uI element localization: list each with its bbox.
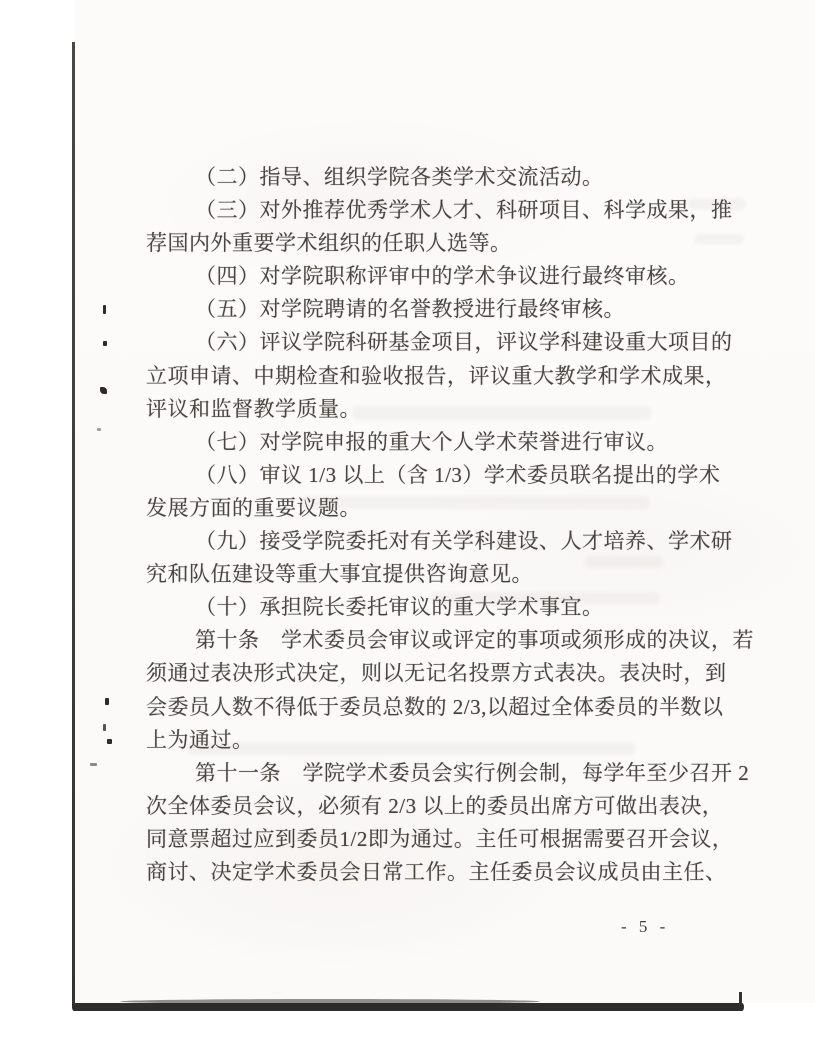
ink-speck — [90, 763, 97, 766]
text-line: 第十一条 学院学术委员会实行例会制，每学年至少召开 2 — [146, 757, 686, 790]
text-line: 荐国内外重要学术组织的任职人选等。 — [146, 227, 686, 260]
text-line: （四）对学院职称评审中的学术争议进行最终审核。 — [146, 260, 686, 293]
scan-edge-corner-hook — [739, 992, 742, 1005]
ink-speck — [103, 724, 106, 731]
text-line: 第十条 学术委员会审议或评定的事项或须形成的决议，若 — [146, 624, 686, 657]
bleed-smudge — [694, 234, 744, 244]
text-line: 会委员人数不得低于委员总数的 2/3,以超过全体委员的半数以 — [146, 691, 686, 724]
text-line: 同意票超过应到委员1/2即为通过。主任可根据需要召开会议， — [146, 823, 686, 856]
text-line: 次全体委员会议，必须有 2/3 以上的委员出席方可做出表决， — [146, 790, 686, 823]
ink-speck — [107, 739, 112, 744]
text-line: （三）对外推荐优秀学术人才、科研项目、科学成果，推 — [146, 194, 686, 227]
bleed-smudge — [300, 496, 650, 509]
ink-speck — [105, 698, 109, 705]
text-line: 商讨、决定学术委员会日常工作。主任委员会议成员由主任、 — [146, 856, 686, 889]
text-line: （七）对学院申报的重大个人学术荣誉进行审议。 — [146, 426, 686, 459]
bleed-smudge — [688, 198, 746, 210]
scan-edge-left — [72, 42, 75, 1008]
ink-speck — [100, 387, 107, 394]
page-number: - 5 - — [621, 917, 701, 937]
scanned-document-page: （二）指导、组织学院各类学术交流活动。（三）对外推荐优秀学术人才、科研项目、科学… — [0, 0, 815, 1055]
scan-edge-bottom — [72, 1003, 744, 1011]
ink-speck — [103, 341, 107, 346]
text-line: （五）对学院聘请的名誉教授进行最终审核。 — [146, 293, 686, 326]
text-line: （二）指导、组织学院各类学术交流活动。 — [146, 161, 686, 194]
text-line: （九）接受学院委托对有关学科建设、人才培养、学术研 — [146, 525, 686, 558]
document-body: （二）指导、组织学院各类学术交流活动。（三）对外推荐优秀学术人才、科研项目、科学… — [146, 161, 686, 889]
bleed-smudge — [186, 742, 636, 755]
ink-speck — [103, 305, 106, 314]
text-line: 须通过表决形式决定，则以无记名投票方式表决。表决时，到 — [146, 657, 686, 690]
text-line: 立项申请、中期检查和验收报告，评议重大教学和学术成果， — [146, 360, 686, 393]
bleed-smudge — [584, 556, 664, 568]
bleed-smudge — [352, 406, 652, 420]
text-line: （八）审议 1/3 以上（含 1/3）学术委员联名提出的学术 — [146, 459, 686, 492]
text-line: （六）评议学院科研基金项目，评议学科建设重大项目的 — [146, 326, 686, 359]
ink-speck — [97, 428, 101, 431]
bleed-smudge — [430, 592, 660, 604]
